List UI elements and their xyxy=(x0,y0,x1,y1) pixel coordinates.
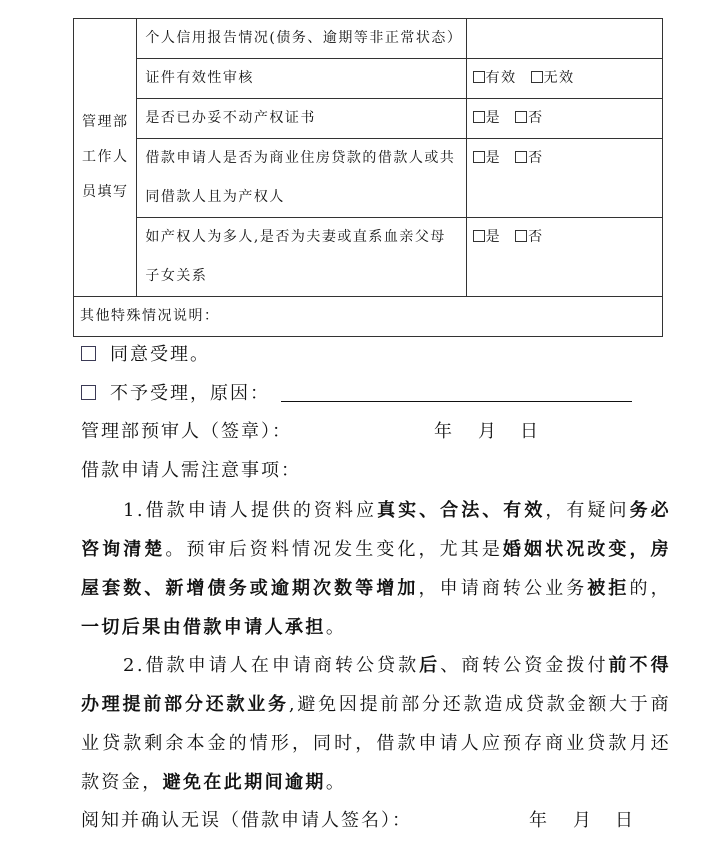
row-label-owner-relationship: 如产权人为多人,是否为夫妻或直系血亲父母子女关系 xyxy=(137,218,466,297)
credit-report-input[interactable] xyxy=(466,19,662,59)
paragraph-text: ，有疑问 xyxy=(545,500,629,521)
applicant-date[interactable]: 年月日 xyxy=(529,806,635,832)
emphasized-text: 一切后果由借款申请人承担 xyxy=(81,617,326,638)
other-notes-label: 其他特殊情况说明： xyxy=(80,308,220,324)
other-notes-field[interactable]: 其他特殊情况说明： xyxy=(74,297,663,337)
id-validity-options: 有效无效 xyxy=(466,59,662,99)
notes-heading: 借款申请人需注意事项： xyxy=(81,456,301,482)
option-yes[interactable]: 是 xyxy=(473,110,502,126)
owner-relationship-options: 是否 xyxy=(466,218,662,297)
paragraph-text: 。预审后资料情况发生变化，尤其是 xyxy=(165,539,503,560)
reject-reason-input-line[interactable] xyxy=(281,401,632,402)
option-no[interactable]: 否 xyxy=(515,150,544,166)
checkbox-icon[interactable] xyxy=(473,151,485,163)
accept-option[interactable]: 同意受理。 xyxy=(81,340,210,366)
commercial-borrower-options: 是否 xyxy=(466,139,662,218)
accept-label: 同意受理。 xyxy=(110,344,210,365)
checkbox-icon[interactable] xyxy=(473,230,485,242)
group-label-management: 管理部 工作人 员填写 xyxy=(74,19,137,297)
applicant-confirm-row: 阅知并确认无误（借款申请人签名）： xyxy=(81,806,412,832)
paragraph-text: 。 xyxy=(326,772,346,793)
reviewer-date[interactable]: 年月日 xyxy=(434,417,540,443)
checkbox-icon[interactable] xyxy=(515,230,527,242)
applicant-confirm-label: 阅知并确认无误（借款申请人签名）： xyxy=(81,810,412,831)
group-label-line: 员填写 xyxy=(80,175,130,210)
emphasized-text: 后 xyxy=(419,655,440,676)
row-label-id-validity: 证件有效性审核 xyxy=(137,59,466,99)
paragraph-text: 1.借款申请人提供的资料应 xyxy=(123,500,377,521)
reject-label: 不予受理，原因： xyxy=(110,383,270,404)
notice-item-2: 2.借款申请人在申请商转公贷款后、商转公资金拨付前不得办理提前部分还款业务,避免… xyxy=(81,646,671,802)
reviewer-signature-row: 管理部预审人（签章）： xyxy=(81,417,292,443)
paragraph-text: 。 xyxy=(326,617,346,638)
checkbox-icon[interactable] xyxy=(473,71,485,83)
paragraph-text: ，申请商转公业务 xyxy=(419,578,588,599)
property-certificate-options: 是否 xyxy=(466,99,662,139)
year-label: 年 xyxy=(529,806,549,832)
checkbox-icon[interactable] xyxy=(515,151,527,163)
checkbox-icon[interactable] xyxy=(473,111,485,123)
review-form-table: 管理部 工作人 员填写 个人信用报告情况(债务、逾期等非正常状态） 证件有效性审… xyxy=(73,18,663,337)
checkbox-icon[interactable] xyxy=(81,385,96,400)
option-no[interactable]: 否 xyxy=(515,110,544,126)
notice-item-1: 1.借款申请人提供的资料应真实、合法、有效，有疑问务必咨询清楚。预审后资料情况发… xyxy=(81,491,671,647)
row-label-commercial-borrower: 借款申请人是否为商业住房贷款的借款人或共同借款人且为产权人 xyxy=(137,139,466,218)
option-yes[interactable]: 是 xyxy=(473,229,502,245)
group-label-line: 管理部 xyxy=(80,105,130,140)
option-yes[interactable]: 是 xyxy=(473,150,502,166)
year-label: 年 xyxy=(434,417,454,443)
emphasized-text: 真实、合法、有效 xyxy=(377,500,545,521)
emphasized-text: 被拒 xyxy=(587,578,629,599)
checkbox-icon[interactable] xyxy=(81,346,96,361)
paragraph-text: 、商转公资金拨付 xyxy=(440,655,608,676)
day-label: 日 xyxy=(615,806,635,832)
checkbox-icon[interactable] xyxy=(515,111,527,123)
paragraph-text: 的， xyxy=(630,578,672,599)
month-label: 月 xyxy=(478,417,498,443)
day-label: 日 xyxy=(520,417,540,443)
option-valid[interactable]: 有效 xyxy=(473,70,517,86)
row-label-credit-report: 个人信用报告情况(债务、逾期等非正常状态） xyxy=(137,19,466,59)
emphasized-text: 避免在此期间逾期 xyxy=(163,772,326,793)
option-no[interactable]: 否 xyxy=(515,229,544,245)
reject-option[interactable]: 不予受理，原因： xyxy=(81,379,270,405)
month-label: 月 xyxy=(573,806,593,832)
checkbox-icon[interactable] xyxy=(531,71,543,83)
paragraph-text: 2.借款申请人在申请商转公贷款 xyxy=(123,655,419,676)
option-invalid[interactable]: 无效 xyxy=(531,70,575,86)
row-label-property-certificate: 是否已办妥不动产权证书 xyxy=(137,99,466,139)
reviewer-label: 管理部预审人（签章）： xyxy=(81,421,292,442)
group-label-line: 工作人 xyxy=(80,140,130,175)
